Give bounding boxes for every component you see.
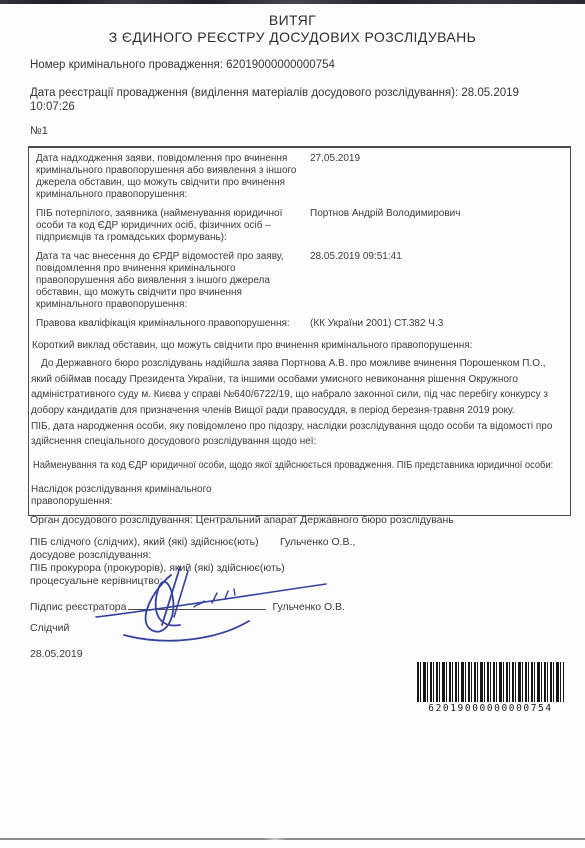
suspect-heading: ПІБ, дата народження особи, яку повідомл…: [31, 419, 563, 449]
table-row: Дата надходження заяви, повідомлення про…: [36, 153, 563, 201]
legal-entity-heading: Найменування та код ЄДР юридичної особи,…: [33, 458, 526, 473]
row-value: 28.05.2019 09:51:41: [310, 251, 563, 311]
record-number: №1: [30, 125, 48, 137]
document-title-line2: З ЄДИНОГО РЕЄСТРУ ДОСУДОВИХ РОЗСЛІДУВАНЬ: [0, 29, 585, 46]
row-label: Правова кваліфікація кримінального право…: [36, 318, 310, 330]
table-row: Дата та час внесення до ЄРДР відомостей …: [36, 251, 563, 311]
table-row: ПІБ потерпілого, заявника (найменування …: [36, 208, 563, 244]
row-label: Дата та час внесення до ЄРДР відомостей …: [36, 251, 310, 311]
summary-heading: Короткий виклад обставин, що можуть свід…: [32, 340, 563, 352]
investigator-value: Гульченко О.В.,: [280, 536, 355, 561]
document-date: 28.05.2019: [30, 648, 83, 660]
case-number-value: 62019000000000754: [226, 59, 335, 71]
investigator-label: ПІБ слідчого (слідчих), який (які) здійс…: [30, 536, 280, 561]
row-value: Портнов Андрій Володимирович: [310, 208, 563, 244]
row-value: (КК України 2001) СТ.382 Ч.3: [310, 318, 563, 330]
barcode-bars: [417, 662, 564, 702]
registration-date-line: Дата реєстрації провадження (виділення м…: [30, 87, 565, 114]
authority-line: Орган досудового розслідування: Централь…: [30, 514, 454, 526]
authority-value: Центральний апарат Державного бюро розсл…: [196, 514, 454, 526]
barcode-number: 62019000000000754: [417, 703, 564, 714]
row-value: 27.05.2019: [310, 153, 563, 201]
outcome-label: Наслідок розслідування кримінального пра…: [31, 484, 271, 508]
case-number-label: Номер кримінального провадження:: [30, 59, 223, 71]
document-title: ВИТЯГ З ЄДИНОГО РЕЄСТРУ ДОСУДОВИХ РОЗСЛІ…: [0, 12, 585, 46]
investigator-row: ПІБ слідчого (слідчих), який (які) здійс…: [30, 536, 355, 561]
row-label: ПІБ потерпілого, заявника (найменування …: [36, 208, 310, 244]
record-table: Дата надходження заяви, повідомлення про…: [28, 146, 571, 516]
document-title-line1: ВИТЯГ: [0, 12, 585, 29]
table-row: Правова кваліфікація кримінального право…: [36, 318, 563, 330]
scan-artifact-top: [0, 0, 585, 4]
summary-text: До Державного бюро розслідувань надійшла…: [31, 356, 563, 418]
barcode: 62019000000000754: [417, 662, 564, 714]
row-label: Дата надходження заяви, повідомлення про…: [36, 153, 310, 201]
signature-scribble: [94, 563, 329, 645]
document-page: ВИТЯГ З ЄДИНОГО РЕЄСТРУ ДОСУДОВИХ РОЗСЛІ…: [0, 0, 585, 848]
registration-date-text: Дата реєстрації провадження (виділення м…: [30, 87, 565, 101]
registration-time-text: 10:07:26: [30, 101, 565, 115]
authority-label: Орган досудового розслідування:: [30, 514, 193, 526]
investigator-title: Слідчий: [30, 622, 69, 634]
case-number-line: Номер кримінального провадження: 6201900…: [30, 59, 335, 71]
scan-artifact-bottom: [0, 838, 585, 840]
